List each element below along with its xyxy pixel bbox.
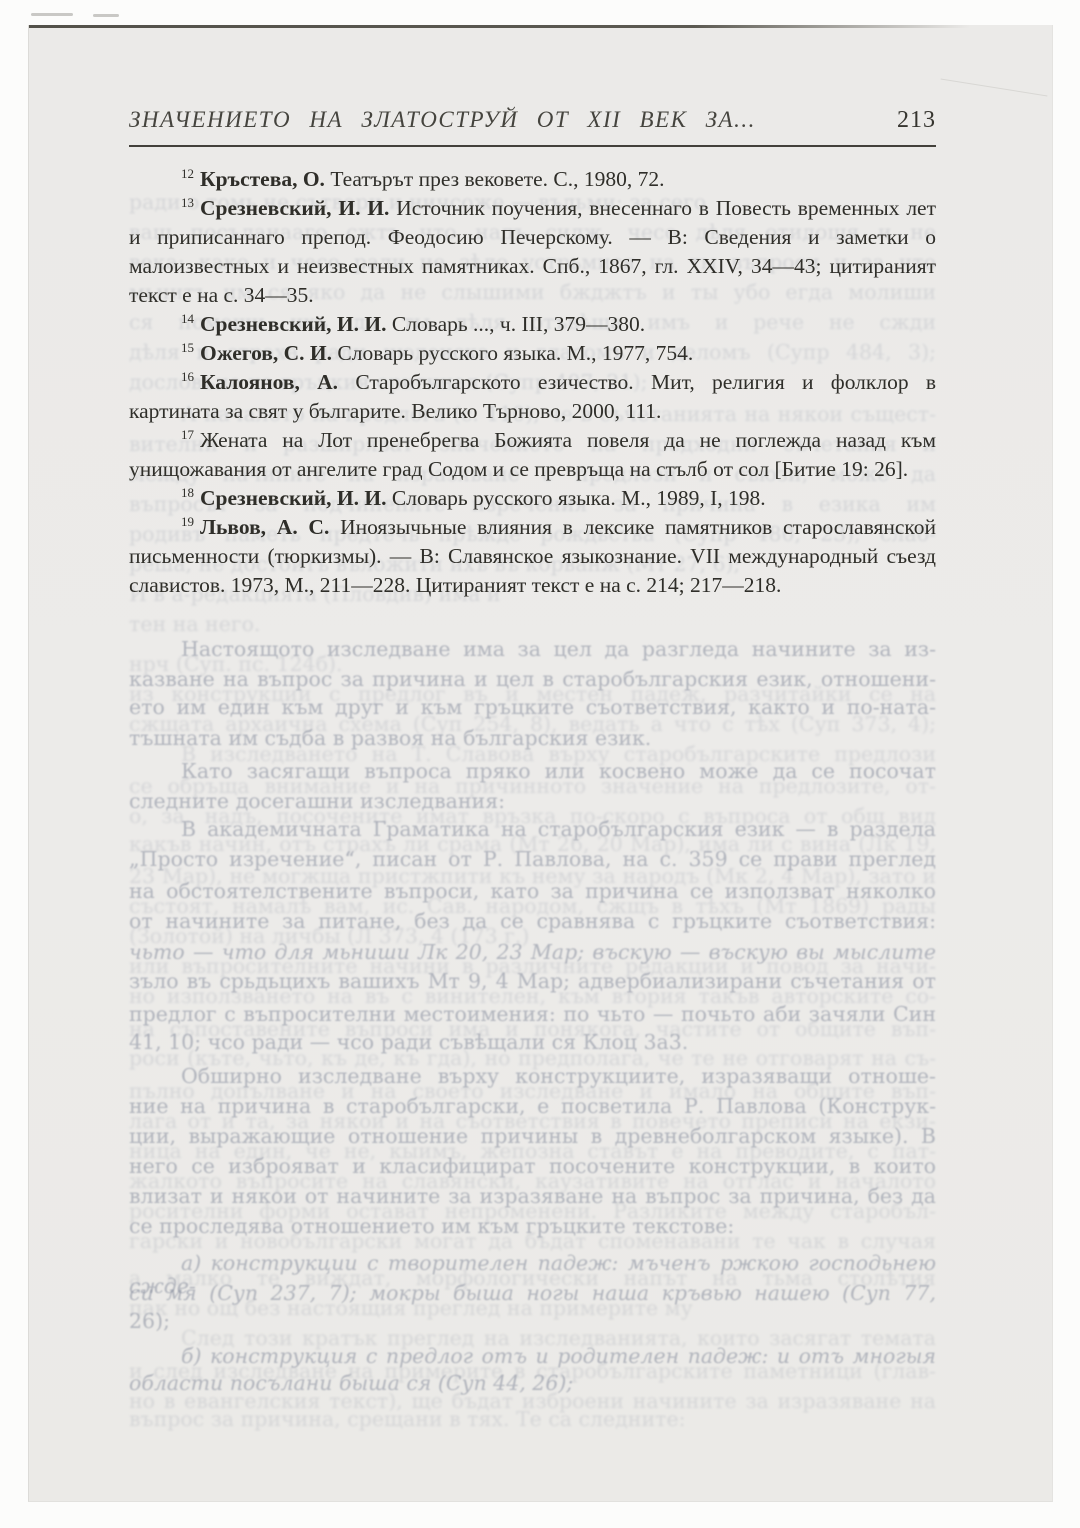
footnote-text: Театърът през вековете. С., 1980, 72.: [325, 167, 665, 191]
footnote-author: Срезневский, И. И.: [200, 312, 387, 336]
footnote-marker: 16: [181, 369, 194, 384]
ghost-line: въпрос за причина, срещани в тях. Те са …: [129, 1408, 936, 1431]
ghost-line: гарски и новобългарски могат да бъдат сп…: [129, 1230, 936, 1253]
page-header: ЗНАЧЕНИЕТО НА ЗЛАТОСТРУЙ ОТ XII ВЕК ЗА..…: [129, 107, 936, 134]
footnote-author: Калоянов, А.: [200, 370, 338, 394]
footnote-author: Срезневский, И. И.: [200, 486, 387, 510]
footnote-18: 18Срезневский, И. И. Словарь русского яз…: [129, 484, 936, 513]
footnote-text: Словарь русского языка. М., 1989, I, 198…: [387, 486, 766, 510]
header-rule: [129, 145, 936, 147]
page-number: 213: [897, 107, 936, 134]
footnote-text: Жената на Лот пренебрегва Божията повеля…: [129, 428, 936, 481]
scanned-book-page: ради о томь не сътвори и ничсоже — въдьм…: [28, 25, 1053, 1502]
footnote-marker: 13: [181, 195, 194, 210]
footnote-author: Срезневский, И. И.: [200, 196, 389, 220]
footnote-marker: 12: [181, 166, 194, 181]
footnote-12: 12Кръстева, О. Театърът през вековете. С…: [129, 165, 936, 194]
footnote-text: Словарь русского языка. М., 1977, 754.: [332, 341, 693, 365]
footnote-author: Львов, А. С.: [200, 515, 329, 539]
footnote-author: Кръстева, О.: [200, 167, 325, 191]
scan-artifact-speck: [93, 14, 119, 17]
ghost-line: тен на него.: [129, 613, 936, 636]
footnote-16: 16Калоянов, А. Старобългарското езичеств…: [129, 368, 936, 426]
footnote-17: 17Жената на Лот пренебрегва Божията пове…: [129, 426, 936, 484]
footnote-marker: 14: [181, 311, 194, 326]
scan-artifact-speck: [31, 13, 73, 16]
footnote-marker: 18: [181, 485, 194, 500]
footnote-marker: 17: [181, 427, 194, 442]
footnote-marker: 15: [181, 340, 194, 355]
footnote-15: 15Ожегов, С. И. Словарь русского языка. …: [129, 339, 936, 368]
footnote-13: 13Срезневский, И. И. Источник поучения, …: [129, 194, 936, 310]
footnote-text: Словарь ..., ч. III, 379—380.: [387, 312, 646, 336]
footnote-marker: 19: [181, 514, 194, 529]
running-title: ЗНАЧЕНИЕТО НА ЗЛАТОСТРУЙ ОТ XII ВЕК ЗА..…: [129, 107, 756, 133]
footnote-author: Ожегов, С. И.: [200, 341, 332, 365]
footnote-19: 19Львов, А. С. Иноязычьные влияния в лек…: [129, 513, 936, 600]
footnotes: 12Кръстева, О. Театърът през вековете. С…: [129, 165, 936, 600]
footnote-14: 14Срезневский, И. И. Словарь ..., ч. III…: [129, 310, 936, 339]
